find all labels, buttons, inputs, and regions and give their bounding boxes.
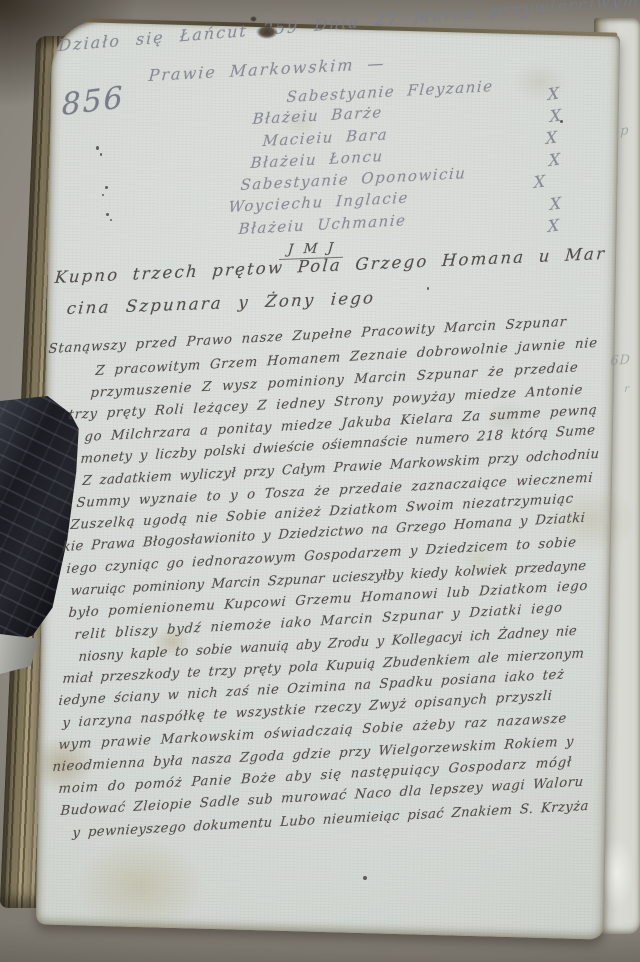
ink-smudge — [256, 25, 278, 39]
ink-speck — [560, 120, 563, 123]
ink-speck — [96, 146, 99, 150]
witness-mark: X — [548, 83, 560, 104]
witness-mark: X — [550, 193, 562, 214]
witness-mark: X — [534, 171, 546, 192]
facing-page-text: r — [624, 384, 630, 395]
ink-speck — [100, 153, 102, 156]
witness-mark: X — [549, 149, 561, 170]
witness-mark: X — [546, 127, 558, 148]
ink-speck — [106, 213, 109, 216]
facing-page-text: p — [620, 123, 629, 139]
witness-mark: X — [550, 105, 562, 126]
ink-speck — [363, 876, 367, 880]
ink-speck — [105, 186, 108, 189]
ink-speck — [102, 194, 104, 196]
facing-page-text: 6D — [610, 352, 631, 369]
witness-mark: X — [548, 215, 560, 236]
ink-speck — [427, 287, 429, 290]
ink-smudge — [250, 16, 257, 22]
ink-speck — [110, 219, 112, 221]
manuscript-photo: 856 J M J Działo się Łańcut 259 Dnia 27 … — [0, 0, 640, 962]
